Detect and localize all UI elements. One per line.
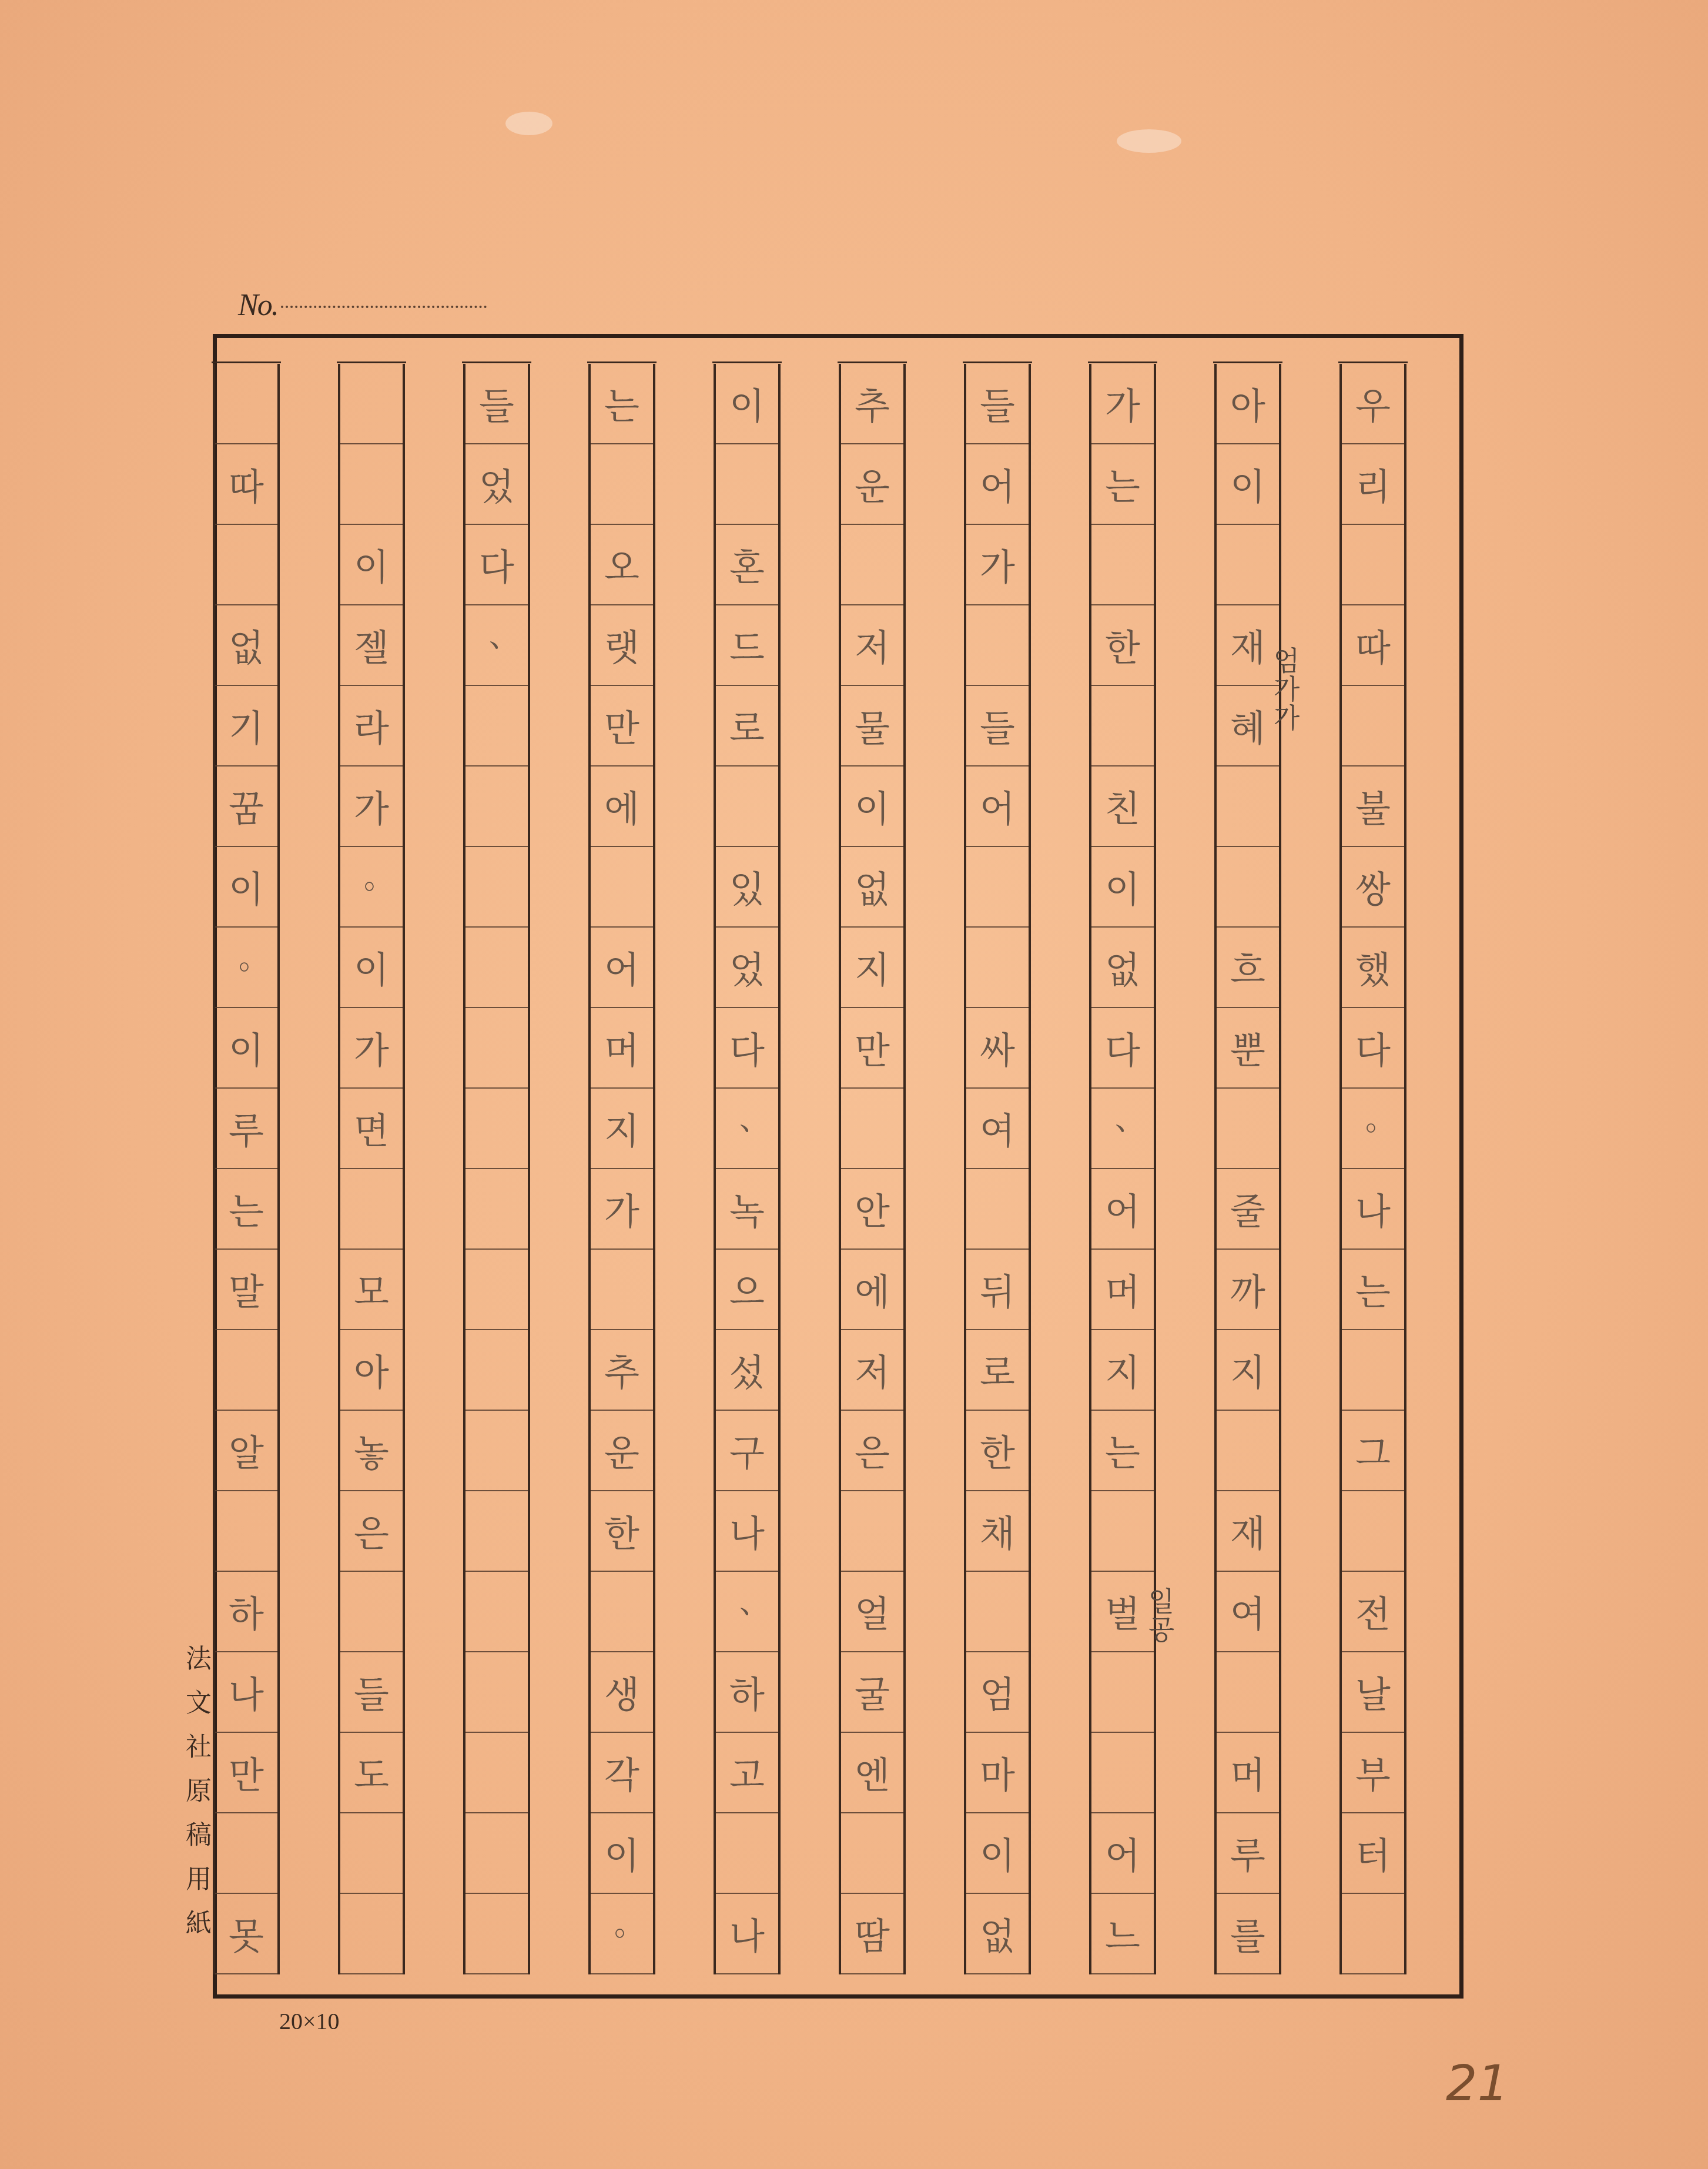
manuscript-cell[interactable] [591, 847, 653, 928]
manuscript-cell[interactable] [465, 1894, 528, 1974]
manuscript-cell[interactable]: 땀 [841, 1894, 903, 1974]
manuscript-cell[interactable]: 은 [340, 1491, 403, 1572]
manuscript-cell[interactable] [716, 444, 778, 525]
manuscript-cell[interactable]: 머 [591, 1008, 653, 1089]
manuscript-cell[interactable] [465, 1008, 528, 1089]
manuscript-cell[interactable]: 지 [1217, 1330, 1279, 1411]
manuscript-cell[interactable]: 굴 [841, 1652, 903, 1733]
manuscript-cell[interactable]: 에 [841, 1250, 903, 1330]
manuscript-cell[interactable] [1217, 847, 1279, 928]
manuscript-cell[interactable]: 、 [1091, 1089, 1154, 1169]
manuscript-cell[interactable]: 지 [841, 928, 903, 1008]
manuscript-cell[interactable]: 이 [1091, 847, 1154, 928]
manuscript-cell[interactable]: 를 [1217, 1894, 1279, 1974]
manuscript-cell[interactable]: 이 [215, 1008, 277, 1089]
manuscript-cell[interactable]: 가 [966, 525, 1029, 605]
manuscript-cell[interactable] [716, 1813, 778, 1894]
manuscript-cell[interactable] [340, 444, 403, 525]
manuscript-cell[interactable]: 재 [1217, 1491, 1279, 1572]
manuscript-cell[interactable] [1091, 686, 1154, 766]
publisher-char: 文 [181, 1681, 216, 1725]
manuscript-cell[interactable] [340, 1813, 403, 1894]
manuscript-cell[interactable] [215, 364, 277, 444]
manuscript-cell[interactable]: 아 [340, 1330, 403, 1411]
manuscript-cell[interactable]: 불 [1342, 766, 1404, 847]
manuscript-cell[interactable]: 꿈 [215, 766, 277, 847]
manuscript-cell[interactable]: 루 [1217, 1813, 1279, 1894]
manuscript-cell[interactable]: 은 [841, 1411, 903, 1491]
manuscript-cell[interactable]: 가 [591, 1169, 653, 1250]
manuscript-cell[interactable] [1217, 525, 1279, 605]
publisher-label: 法文社原稿用紙 [181, 1637, 216, 1946]
manuscript-cell[interactable]: 이 [966, 1813, 1029, 1894]
manuscript-cell[interactable]: 드 [716, 605, 778, 686]
manuscript-cell[interactable]: 머 [1091, 1250, 1154, 1330]
manuscript-cell[interactable] [1217, 1652, 1279, 1733]
manuscript-cell[interactable]: 섰 [716, 1330, 778, 1411]
manuscript-cell[interactable]: 나 [716, 1894, 778, 1974]
manuscript-cell[interactable] [340, 1894, 403, 1974]
manuscript-grid-frame: 우리따불쌍했다。나는그전날부터아이재혜흐뿐줄까지재여머루를가는한친이없다、어머지… [213, 334, 1463, 1999]
manuscript-column: 는오랫만에어머지가추운한생각이。 [588, 364, 655, 1974]
manuscript-column: 우리따불쌍했다。나는그전날부터 [1339, 364, 1406, 1974]
manuscript-cell[interactable] [966, 928, 1029, 1008]
manuscript-cell[interactable]: 이 [591, 1813, 653, 1894]
manuscript-cell[interactable] [1091, 1491, 1154, 1572]
manuscript-column: 이혼드로있었다、녹으섰구나、하고나 [714, 364, 781, 1974]
manuscript-cell[interactable] [1342, 1894, 1404, 1974]
manuscript-cell[interactable]: 만 [591, 686, 653, 766]
manuscript-cell[interactable]: 머 [1217, 1733, 1279, 1813]
manuscript-cell[interactable]: 면 [340, 1089, 403, 1169]
manuscript-cell[interactable]: 마 [966, 1733, 1029, 1813]
manuscript-cell[interactable]: 나 [1342, 1169, 1404, 1250]
manuscript-cell[interactable]: 운 [841, 444, 903, 525]
manuscript-cell[interactable]: 가 [340, 1008, 403, 1089]
manuscript-cell[interactable] [1091, 1733, 1154, 1813]
manuscript-cell[interactable]: 저 [841, 1330, 903, 1411]
manuscript-cell[interactable] [591, 444, 653, 525]
manuscript-cell[interactable]: 못 [215, 1894, 277, 1974]
manuscript-cell[interactable] [215, 1330, 277, 1411]
manuscript-cell[interactable]: 한 [591, 1491, 653, 1572]
manuscript-cell[interactable] [465, 928, 528, 1008]
paper-crease [505, 112, 552, 135]
sheet-number-label: No. [238, 288, 278, 323]
manuscript-cell[interactable] [1342, 525, 1404, 605]
manuscript-cell[interactable]: 이 [340, 928, 403, 1008]
manuscript-cell[interactable]: 。 [591, 1894, 653, 1974]
manuscript-cell[interactable] [465, 1491, 528, 1572]
manuscript-cell[interactable] [1342, 1491, 1404, 1572]
manuscript-cell[interactable]: 는 [1091, 1411, 1154, 1491]
manuscript-cell[interactable]: 。 [340, 847, 403, 928]
manuscript-cell[interactable]: 도 [340, 1733, 403, 1813]
manuscript-cell[interactable] [841, 1089, 903, 1169]
manuscript-cell[interactable]: 로 [716, 686, 778, 766]
margin-correction-note: 엄 가 가 [1269, 647, 1304, 732]
manuscript-cell[interactable]: 전 [1342, 1572, 1404, 1652]
manuscript-cell[interactable] [1091, 1652, 1154, 1733]
manuscript-cell[interactable]: 는 [215, 1169, 277, 1250]
manuscript-cell[interactable]: 고 [716, 1733, 778, 1813]
manuscript-cell[interactable]: 있 [716, 847, 778, 928]
publisher-char: 稿 [181, 1813, 216, 1857]
manuscript-cell[interactable] [591, 1250, 653, 1330]
manuscript-cell[interactable]: 운 [591, 1411, 653, 1491]
manuscript-cell[interactable]: 생 [591, 1652, 653, 1733]
manuscript-cell[interactable] [215, 1491, 277, 1572]
manuscript-cell[interactable] [1217, 1089, 1279, 1169]
manuscript-cell[interactable]: 없 [1091, 928, 1154, 1008]
manuscript-column: 따없기꿈이。이루는말알하나만못 [213, 364, 280, 1974]
manuscript-cell[interactable]: 지 [591, 1089, 653, 1169]
manuscript-cell[interactable]: 었 [465, 444, 528, 525]
manuscript-cell[interactable]: 말 [215, 1250, 277, 1330]
manuscript-cell[interactable] [465, 1572, 528, 1652]
publisher-char: 用 [181, 1857, 216, 1902]
manuscript-cell[interactable] [966, 847, 1029, 928]
manuscript-cell[interactable]: 다 [465, 525, 528, 605]
manuscript-cell[interactable]: 날 [1342, 1652, 1404, 1733]
manuscript-cell[interactable] [465, 686, 528, 766]
manuscript-cell[interactable]: 로 [966, 1330, 1029, 1411]
manuscript-cell[interactable] [966, 1572, 1029, 1652]
manuscript-cell[interactable]: 각 [591, 1733, 653, 1813]
manuscript-cell[interactable]: 。 [1342, 1089, 1404, 1169]
manuscript-cell[interactable]: 엄 [966, 1652, 1029, 1733]
manuscript-cell[interactable]: 뿐 [1217, 1008, 1279, 1089]
manuscript-cell[interactable]: 어 [966, 766, 1029, 847]
manuscript-cell[interactable]: 쌍 [1342, 847, 1404, 928]
paper-crease [1117, 129, 1181, 153]
manuscript-cell[interactable] [465, 847, 528, 928]
manuscript-cell[interactable]: 었 [716, 928, 778, 1008]
manuscript-cell[interactable] [465, 1652, 528, 1733]
publisher-char: 社 [181, 1725, 216, 1769]
manuscript-column: 아이재혜흐뿐줄까지재여머루를 [1214, 364, 1281, 1974]
manuscript-cell[interactable] [1217, 766, 1279, 847]
manuscript-cell[interactable] [340, 1169, 403, 1250]
publisher-char: 法 [181, 1637, 216, 1681]
manuscript-cell[interactable]: 、 [716, 1572, 778, 1652]
grid-size-label: 20×10 [279, 2007, 340, 2035]
manuscript-cell[interactable] [841, 525, 903, 605]
manuscript-cell[interactable] [465, 1169, 528, 1250]
manuscript-cell[interactable]: 、 [465, 605, 528, 686]
manuscript-cell[interactable]: 흐 [1217, 928, 1279, 1008]
manuscript-cell[interactable]: 채 [966, 1491, 1029, 1572]
manuscript-cell[interactable]: 젤 [340, 605, 403, 686]
manuscript-cell[interactable]: 그 [1342, 1411, 1404, 1491]
manuscript-cell[interactable] [340, 1572, 403, 1652]
manuscript-cell[interactable]: 저 [841, 605, 903, 686]
manuscript-cell[interactable]: 나 [716, 1491, 778, 1572]
manuscript-cell[interactable]: 에 [591, 766, 653, 847]
manuscript-cell[interactable] [465, 1089, 528, 1169]
manuscript-cell[interactable] [1217, 1411, 1279, 1491]
manuscript-cell[interactable]: 으 [716, 1250, 778, 1330]
manuscript-cell[interactable]: 이 [340, 525, 403, 605]
manuscript-cell[interactable]: 들 [966, 686, 1029, 766]
manuscript-cell[interactable]: 혼 [716, 525, 778, 605]
manuscript-cell[interactable]: 들 [966, 364, 1029, 444]
manuscript-cell[interactable]: 모 [340, 1250, 403, 1330]
manuscript-cell[interactable]: 이 [841, 766, 903, 847]
manuscript-column: 가는한친이없다、어머지는벌어느 [1089, 364, 1156, 1974]
manuscript-cell[interactable]: 없 [841, 847, 903, 928]
manuscript-cell[interactable] [966, 1169, 1029, 1250]
publisher-char: 原 [181, 1769, 216, 1813]
manuscript-cell[interactable]: 줄 [1217, 1169, 1279, 1250]
publisher-char: 紙 [181, 1902, 216, 1946]
manuscript-cell[interactable]: 어 [1091, 1813, 1154, 1894]
manuscript-cell[interactable]: 랫 [591, 605, 653, 686]
manuscript-cell[interactable]: 뒤 [966, 1250, 1029, 1330]
manuscript-cell[interactable]: 부 [1342, 1733, 1404, 1813]
manuscript-cell[interactable]: 나 [215, 1652, 277, 1733]
manuscript-cell[interactable]: 싸 [966, 1008, 1029, 1089]
manuscript-cell[interactable]: 느 [1091, 1894, 1154, 1974]
sheet-number-field[interactable] [281, 306, 487, 308]
manuscript-cell[interactable]: 따 [1342, 605, 1404, 686]
margin-correction-note: 일 공 [1144, 1587, 1179, 1644]
manuscript-cell[interactable]: 들 [465, 364, 528, 444]
manuscript-cell[interactable] [465, 766, 528, 847]
manuscript-cell[interactable] [1342, 1330, 1404, 1411]
manuscript-cell[interactable]: 엔 [841, 1733, 903, 1813]
manuscript-cell[interactable]: 들 [340, 1652, 403, 1733]
manuscript-column: 추운저물이없지만안에저은얼굴엔땀 [839, 364, 906, 1974]
manuscript-cell[interactable]: 다 [716, 1008, 778, 1089]
manuscript-cell[interactable]: 놓 [340, 1411, 403, 1491]
manuscript-cell[interactable]: 어 [1091, 1169, 1154, 1250]
manuscript-cell[interactable]: 하 [716, 1652, 778, 1733]
manuscript-cell[interactable]: 했 [1342, 928, 1404, 1008]
manuscript-cell[interactable]: 어 [591, 928, 653, 1008]
manuscript-cell[interactable] [591, 1572, 653, 1652]
manuscript-cell[interactable]: 는 [591, 364, 653, 444]
manuscript-cell[interactable]: 알 [215, 1411, 277, 1491]
manuscript-column: 들었다、 [463, 364, 530, 1974]
manuscript-cell[interactable]: 한 [966, 1411, 1029, 1491]
manuscript-cell[interactable]: 리 [1342, 444, 1404, 525]
manuscript-cell[interactable]: 만 [215, 1733, 277, 1813]
manuscript-cell[interactable]: 물 [841, 686, 903, 766]
manuscript-cell[interactable]: 。 [215, 928, 277, 1008]
manuscript-cell[interactable] [465, 1250, 528, 1330]
manuscript-cell[interactable]: 라 [340, 686, 403, 766]
manuscript-cell[interactable]: 추 [841, 364, 903, 444]
manuscript-cell[interactable]: 하 [215, 1572, 277, 1652]
manuscript-cell[interactable]: 는 [1342, 1250, 1404, 1330]
manuscript-cell[interactable]: 터 [1342, 1813, 1404, 1894]
manuscript-cell[interactable]: 만 [841, 1008, 903, 1089]
manuscript-cell[interactable]: 루 [215, 1089, 277, 1169]
manuscript-cell[interactable] [966, 605, 1029, 686]
manuscript-cell[interactable] [841, 1491, 903, 1572]
manuscript-cell[interactable]: 다 [1342, 1008, 1404, 1089]
manuscript-cell[interactable]: 어 [966, 444, 1029, 525]
manuscript-cell[interactable]: 없 [215, 605, 277, 686]
manuscript-cell[interactable] [215, 525, 277, 605]
manuscript-cell[interactable] [465, 1330, 528, 1411]
manuscript-cell[interactable] [841, 1813, 903, 1894]
manuscript-cell[interactable]: 가 [1091, 364, 1154, 444]
manuscript-cell[interactable]: 까 [1217, 1250, 1279, 1330]
manuscript-cell[interactable] [215, 1813, 277, 1894]
manuscript-cell[interactable]: 추 [591, 1330, 653, 1411]
manuscript-cell[interactable]: 、 [716, 1089, 778, 1169]
manuscript-cell[interactable]: 다 [1091, 1008, 1154, 1089]
manuscript-cell[interactable]: 여 [966, 1089, 1029, 1169]
manuscript-cell[interactable]: 는 [1091, 444, 1154, 525]
manuscript-cell[interactable]: 아 [1217, 364, 1279, 444]
manuscript-cell[interactable]: 구 [716, 1411, 778, 1491]
manuscript-cell[interactable]: 이 [215, 847, 277, 928]
manuscript-cell[interactable]: 지 [1091, 1330, 1154, 1411]
manuscript-cell[interactable]: 친 [1091, 766, 1154, 847]
manuscript-cell[interactable] [716, 766, 778, 847]
manuscript-cell[interactable]: 이 [716, 364, 778, 444]
manuscript-cell[interactable] [1091, 525, 1154, 605]
manuscript-cell[interactable]: 오 [591, 525, 653, 605]
manuscript-cell[interactable]: 우 [1342, 364, 1404, 444]
manuscript-cell[interactable] [1342, 686, 1404, 766]
manuscript-cell[interactable] [465, 1813, 528, 1894]
manuscript-cell[interactable]: 이 [1217, 444, 1279, 525]
manuscript-cell[interactable]: 따 [215, 444, 277, 525]
manuscript-cell[interactable]: 한 [1091, 605, 1154, 686]
manuscript-cell[interactable]: 안 [841, 1169, 903, 1250]
manuscript-column: 들어가들어싸여뒤로한채엄마이없 [964, 364, 1031, 1974]
manuscript-cell[interactable] [340, 364, 403, 444]
manuscript-cell[interactable]: 여 [1217, 1572, 1279, 1652]
manuscript-cell[interactable] [465, 1733, 528, 1813]
page-number: 21 [1446, 2054, 1509, 2112]
manuscript-cell[interactable]: 없 [966, 1894, 1029, 1974]
manuscript-cell[interactable]: 얼 [841, 1572, 903, 1652]
manuscript-column: 이젤라가。이가면모아놓은들도 [338, 364, 405, 1974]
manuscript-cell[interactable]: 기 [215, 686, 277, 766]
manuscript-cell[interactable] [465, 1411, 528, 1491]
manuscript-cell[interactable]: 녹 [716, 1169, 778, 1250]
manuscript-cell[interactable]: 가 [340, 766, 403, 847]
